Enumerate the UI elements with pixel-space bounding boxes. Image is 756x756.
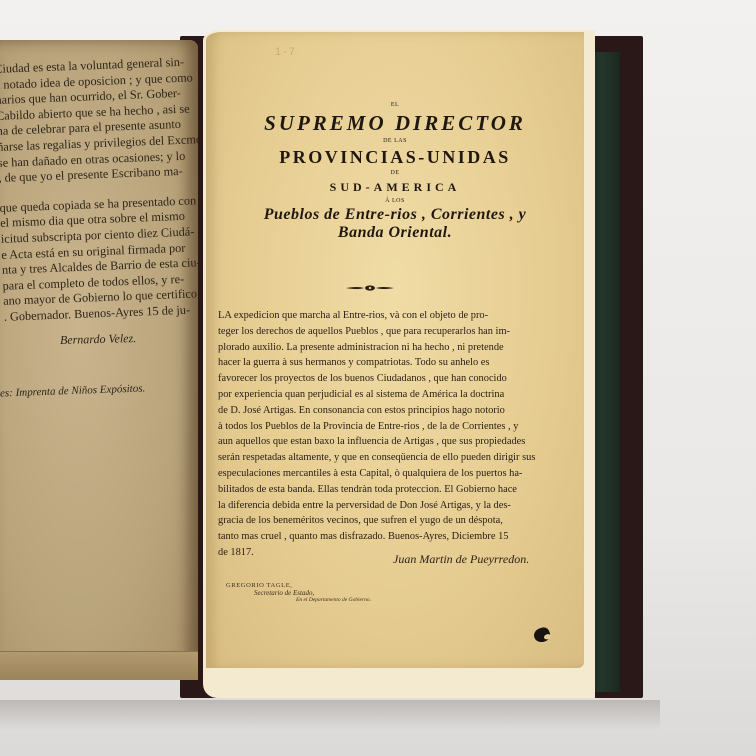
countersign-role: Secretario de Estado, <box>254 589 371 597</box>
body-line: especulaciones mercantiles à esta Capita… <box>218 466 538 482</box>
proclamation-body: LA expedicion que marcha al Entre-rios, … <box>218 308 538 561</box>
left-page-edge <box>0 651 198 680</box>
heading-sud-america: SUD-AMERICA <box>206 178 584 196</box>
body-line: por experiencia quan perjudicial es al s… <box>218 387 538 403</box>
body-line: tanto mas cruel , quanto mas disfrazado.… <box>218 529 538 545</box>
body-line: serán respetadas altamente, y que en con… <box>218 450 538 466</box>
left-page: Ciudad es esta la voluntad general sin- … <box>0 40 198 680</box>
heading-addressees-1: Pueblos de Entre-rios , Corrientes , y <box>206 206 584 224</box>
body-line: la diferencia debida entre la perversida… <box>218 498 538 514</box>
pencil-note: 1-7 <box>275 46 297 58</box>
body-line: gracia de los beneméritos vecinos, que s… <box>218 513 538 529</box>
body-line: de D. José Artigas. En consonancia con e… <box>218 403 538 419</box>
heading-de-las: DE LAS <box>206 136 584 146</box>
heading-el: EL <box>206 100 584 110</box>
director-signature: Juan Martin de Pueyrredon. <box>393 552 529 567</box>
heading-de: DE <box>206 168 584 178</box>
countersign-department: En el Departamento de Gobierno. <box>296 597 371 603</box>
body-line: aun aquellos que estan baxo la influenci… <box>218 434 538 450</box>
proclamation-heading: EL SUPREMO DIRECTOR DE LAS PROVINCIAS-UN… <box>206 100 584 242</box>
heading-title: SUPREMO DIRECTOR <box>206 110 584 136</box>
countersignature: GREGORIO TAGLE, Secretario de Estado, En… <box>226 582 371 603</box>
body-line: à todos los Pueblos de la Provincia de E… <box>218 419 538 435</box>
body-line: hacer la guerra à sus hermanos y compatr… <box>218 355 538 371</box>
body-line: LA expedicion que marcha al Entre-rios, … <box>218 308 538 324</box>
heading-a-los: Á LOS <box>206 196 584 206</box>
book-shadow <box>0 700 660 730</box>
left-signature: Bernardo Velez. <box>60 331 137 348</box>
heading-provincias: PROVINCIAS-UNIDAS <box>206 146 584 168</box>
left-page-text: Ciudad es esta la voluntad general sin- … <box>0 54 198 325</box>
body-line: bilitados de esta banda. Ellas tendràn t… <box>218 482 538 498</box>
body-line: plorado auxilio. La presente administrac… <box>218 340 538 356</box>
left-imprint: es: Imprenta de Niños Expósitos. <box>0 382 145 399</box>
heading-addressees-2: Banda Oriental. <box>206 224 584 242</box>
countersign-name: GREGORIO TAGLE, <box>226 582 371 589</box>
ornament-divider-icon <box>346 285 394 291</box>
body-line: favorecer los proyectos de los buenos Ci… <box>218 371 538 387</box>
body-line: teger los derechos de aquellos Pueblos ,… <box>218 324 538 340</box>
